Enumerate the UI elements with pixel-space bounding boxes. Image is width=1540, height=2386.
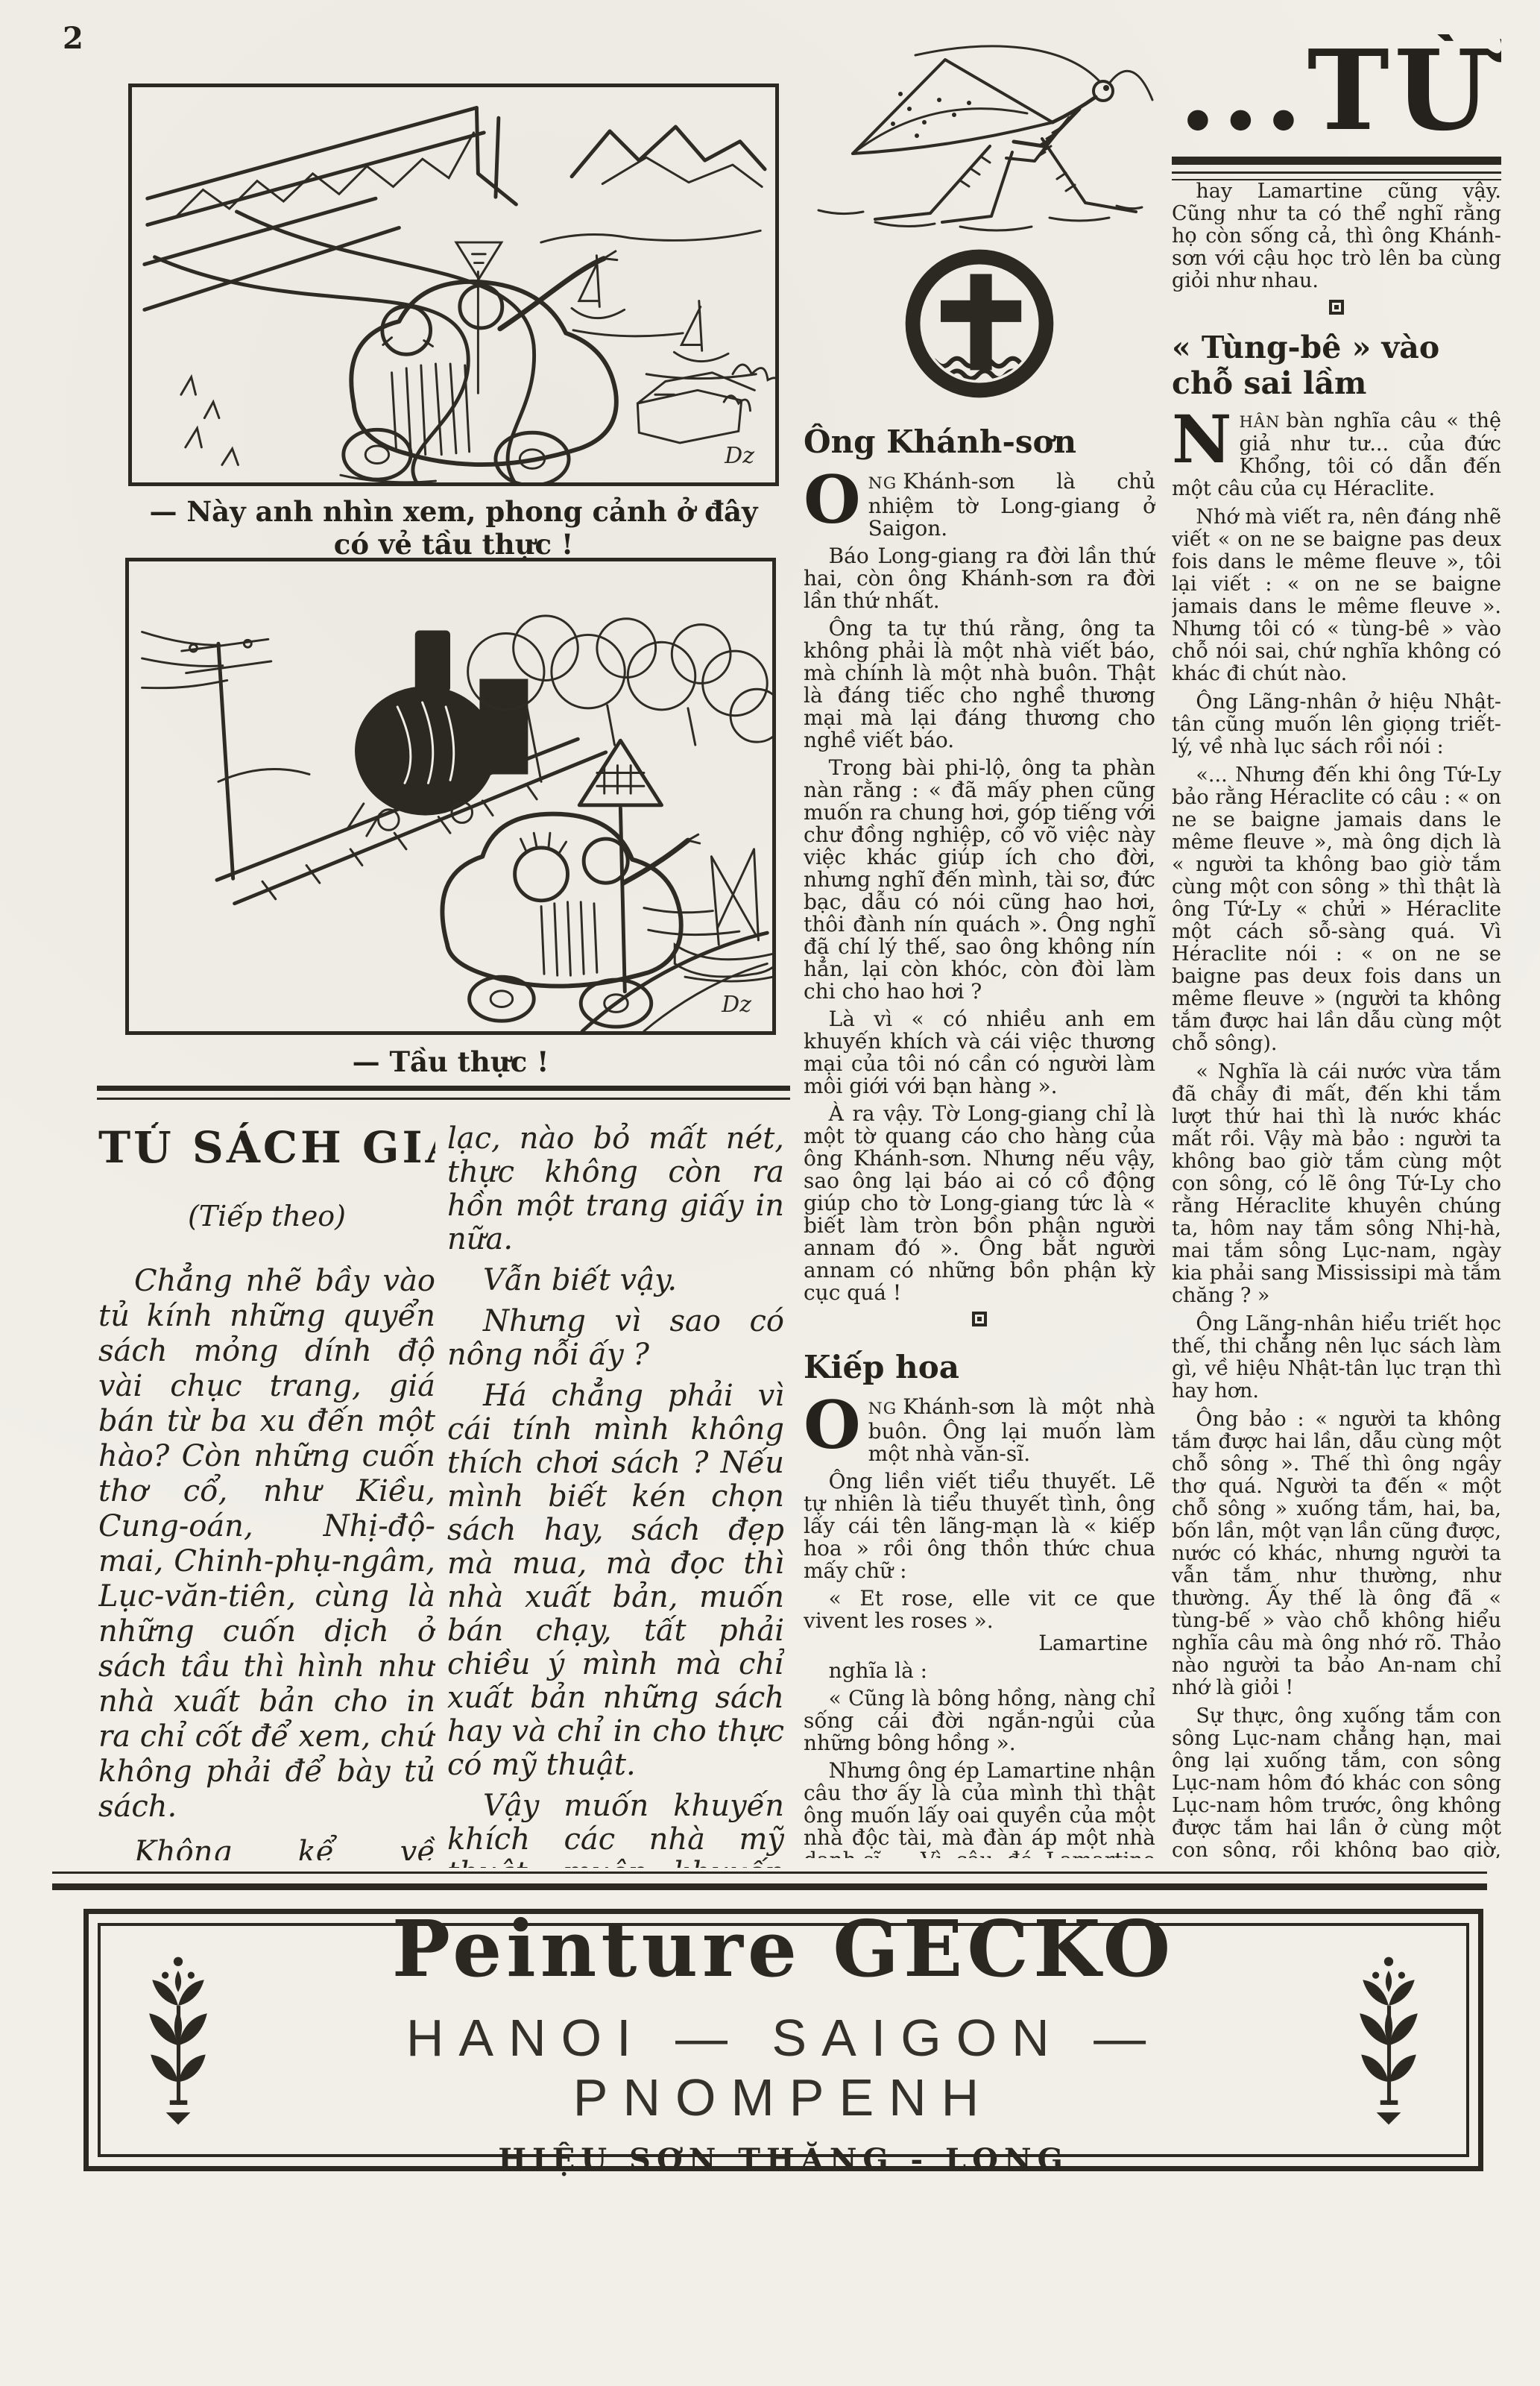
family-library-article-col1: TỦ SÁCH GIA-ĐÌNH (Tiếp theo) Chẳng nhẽ b… bbox=[98, 1122, 435, 1860]
paragraph: hay Lamartine cũng vậy. Cũng như ta có t… bbox=[1172, 180, 1501, 292]
drop-cap-letter: O bbox=[804, 1396, 868, 1449]
paragraph: À ra vậy. Tờ Long-giang chỉ là một tờ qu… bbox=[804, 1103, 1155, 1304]
paragraph: Nhưng vì sao có nông nỗi ấy ? bbox=[447, 1305, 784, 1372]
paragraph: Chẳng nhẽ bầy vào tủ kính những quyển sá… bbox=[98, 1264, 435, 1825]
kiep-hoa-heading: Kiếp hoa bbox=[804, 1349, 1155, 1385]
gecko-paint-advertisement: Peinture GECKO HANOI — SAIGON — PNOMPENH… bbox=[83, 1909, 1483, 2171]
masthead-rule bbox=[1172, 157, 1501, 165]
paragraph: Báo Long-giang ra đời lần thứ hai, còn ô… bbox=[804, 545, 1155, 612]
drop-cap-smallcaps: NG bbox=[868, 474, 897, 493]
lead-text: Khánh-sơn là một nhà buôn. Ông lại muốn … bbox=[868, 1394, 1155, 1466]
paragraph: Nhớ mà viết ra, nên đáng nhẽ viết « on n… bbox=[1172, 506, 1501, 685]
section-break-ornament-icon bbox=[1329, 300, 1344, 315]
publisher-logo-icon bbox=[804, 246, 1155, 404]
paragraph: Há chẳng phải vì cái tính mình không thí… bbox=[447, 1379, 784, 1782]
verse-quote: « Et rose, elle vit ce que vivent les ro… bbox=[804, 1587, 1155, 1655]
family-library-article-col2: lạc, nào bỏ mất nét, thực không còn ra h… bbox=[447, 1122, 784, 1868]
ad-shop-line: HIỆU SƠN THĂNG - LONG bbox=[212, 2142, 1354, 2177]
fleuron-ornament-icon bbox=[144, 1949, 212, 2131]
tung-be-heading: « Tùng-bê » vào chỗ sai lầm bbox=[1172, 330, 1501, 401]
paragraph: Là vì « có nhiều anh em khuyến khích và … bbox=[804, 1008, 1155, 1098]
paragraph: Nhưng ông ép Lamartine nhận câu thơ ấy l… bbox=[804, 1760, 1155, 1858]
drop-cap-smallcaps: NG bbox=[868, 1400, 897, 1418]
lead-paragraph: ONGKhánh-sơn là một nhà buôn. Ông lại mu… bbox=[804, 1396, 1155, 1465]
masthead-rule bbox=[1172, 171, 1501, 174]
paragraph: Trong bài phi-lộ, ông ta phàn nàn rằng :… bbox=[804, 757, 1155, 1003]
tu-masthead-title: ...TỪ bbox=[1172, 34, 1501, 146]
verse-attribution: Lamartine bbox=[804, 1632, 1155, 1655]
paragraph: lạc, nào bỏ mất nét, thực không còn ra h… bbox=[447, 1122, 784, 1256]
footer-rule bbox=[52, 1883, 1487, 1890]
newspaper-page: 2 bbox=[0, 0, 1540, 2386]
section-divider-rule bbox=[97, 1098, 790, 1100]
paragraph: nghĩa là : bbox=[804, 1660, 1155, 1682]
section-divider-rule bbox=[97, 1086, 790, 1091]
train-cartoon-illustration bbox=[129, 561, 772, 1031]
car-cartoon-frame: Dz bbox=[128, 84, 779, 486]
ad-cities-line: HANOI — SAIGON — PNOMPENH bbox=[212, 2008, 1354, 2127]
paragraph: «... Nhưng đến khi ông Tứ-Ly bảo rằng Hé… bbox=[1172, 764, 1501, 1055]
paragraph: Không kể về phương diện mỹ thuật, những … bbox=[98, 1835, 435, 1860]
cartoon-caption-2: — Tầu thực ! bbox=[125, 1045, 776, 1078]
paragraph: Ông liền viết tiểu thuyết. Lẽ tự nhiên l… bbox=[804, 1470, 1155, 1582]
mantis-illustration bbox=[804, 34, 1155, 236]
tu-column: ...TỪ hay Lamartine cũng vậy. Cũng như t… bbox=[1172, 34, 1501, 1858]
paragraph: Ông bảo : « người ta không tắm được hai … bbox=[1172, 1408, 1501, 1699]
lead-paragraph: NHÂNbàn nghĩa câu « thệ giả như tư... củ… bbox=[1172, 410, 1501, 500]
footer-rule bbox=[52, 1872, 1487, 1874]
drop-cap-letter: N bbox=[1172, 410, 1239, 464]
section-break-ornament-icon bbox=[972, 1312, 987, 1326]
car-cartoon-illustration bbox=[132, 87, 775, 482]
drop-cap-letter: O bbox=[804, 470, 868, 524]
khanh-son-heading: Ông Khánh-sơn bbox=[804, 424, 1155, 460]
paragraph: Vậy muốn khuyến khích các nhà mỹ thuật, … bbox=[447, 1789, 784, 1868]
cartoon-caption-1: — Này anh nhìn xem, phong cảnh ở đây có … bbox=[128, 495, 779, 561]
paragraph: Ông ta tự thú rằng, ông ta không phải là… bbox=[804, 617, 1155, 752]
middle-column: Ông Khánh-sơn ONGKhánh-sơn là chủ nhiệm … bbox=[804, 34, 1155, 1858]
article-title: TỦ SÁCH GIA-ĐÌNH bbox=[98, 1122, 435, 1173]
fleuron-ornament-icon bbox=[1354, 1949, 1423, 2131]
lead-paragraph: ONGKhánh-sơn là chủ nhiệm tờ Long-giang … bbox=[804, 470, 1155, 540]
paragraph: Sự thực, ông xuống tắm con sông Lục-nam … bbox=[1172, 1705, 1501, 1858]
ad-brand-line: Peinture GECKO bbox=[212, 1903, 1354, 1995]
cartoonist-signature: Dz bbox=[725, 443, 754, 469]
paragraph: « Nghĩa là cái nước vừa tắm đã chầy đi m… bbox=[1172, 1061, 1501, 1307]
paragraph: Vẫn biết vậy. bbox=[447, 1264, 784, 1297]
paragraph: Ông Lãng-nhân ở hiệu Nhật-tân cũng muốn … bbox=[1172, 691, 1501, 758]
paragraph: Ông Lãng-nhân hiểu triết học thế, thi ch… bbox=[1172, 1313, 1501, 1403]
lead-text: Khánh-sơn là chủ nhiệm tờ Long-giang ở S… bbox=[868, 469, 1155, 541]
cartoonist-signature: Dz bbox=[722, 992, 751, 1018]
article-subtitle: (Tiếp theo) bbox=[98, 1200, 435, 1233]
verse-text: « Et rose, elle vit ce que vivent les ro… bbox=[804, 1586, 1155, 1633]
paragraph: « Cũng là bông hồng, nàng chỉ sống cái đ… bbox=[804, 1687, 1155, 1754]
drop-cap-smallcaps: HÂN bbox=[1239, 412, 1280, 431]
train-cartoon-frame: Dz bbox=[125, 558, 776, 1035]
page-number: 2 bbox=[63, 21, 83, 56]
